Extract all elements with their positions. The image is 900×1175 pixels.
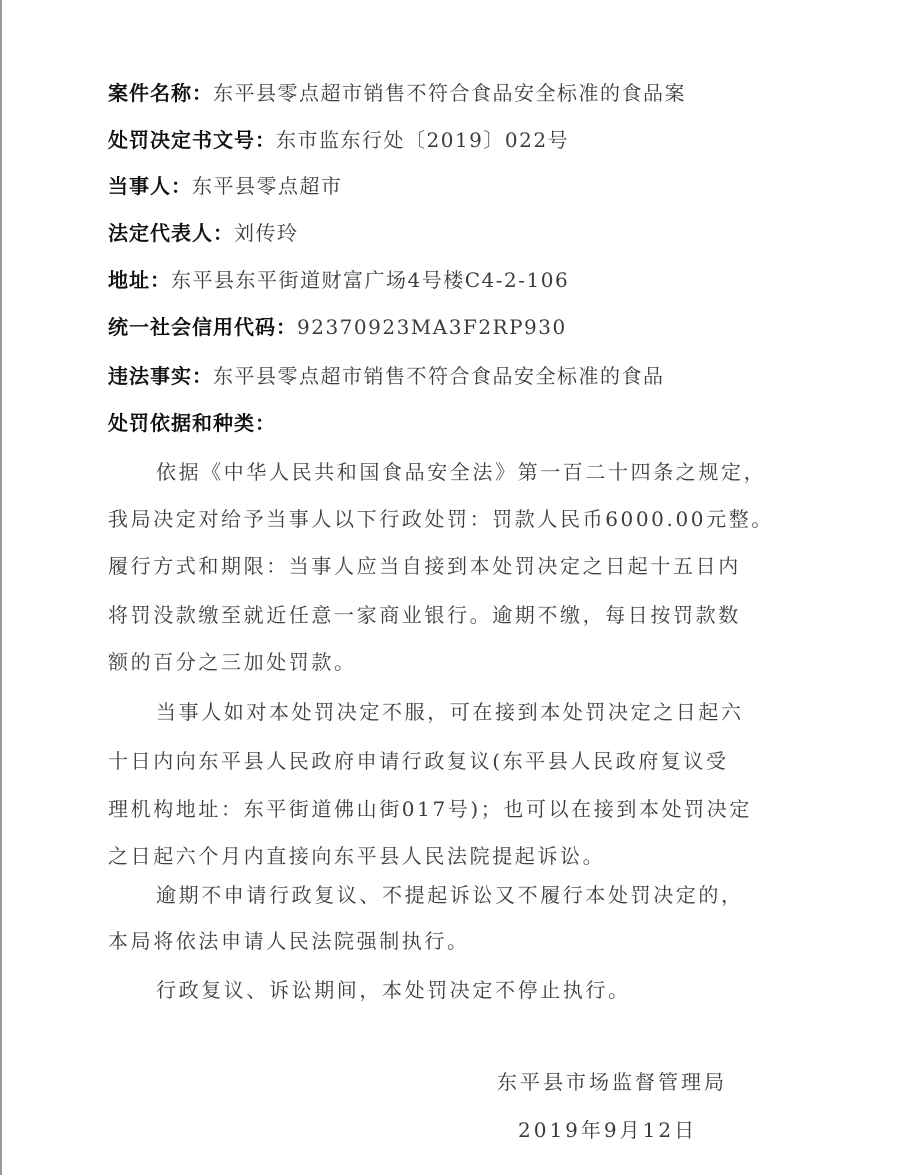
- paragraph-line: 额的百分之三加处罚款。: [108, 648, 357, 676]
- field-label: 地址：: [108, 268, 171, 292]
- field-value: 东平县零点超市销售不符合食品安全标准的食品案: [213, 81, 686, 105]
- field-party: 当事人：东平县零点超市: [108, 172, 343, 200]
- field-decision-number: 处罚决定书文号：东市监东行处〔2019〕022号: [108, 126, 569, 154]
- field-value: 东市监东行处〔2019〕022号: [276, 128, 569, 152]
- field-value: 东平县东平街道财富广场4号楼C4-2-106: [171, 268, 569, 292]
- paragraph-line: 理机构地址：东平街道佛山街017号)；也可以在接到本处罚决定: [108, 795, 752, 823]
- page-left-border: [0, 0, 2, 1175]
- field-penalty-basis: 处罚依据和种类：: [108, 409, 276, 437]
- field-label: 违法事实：: [108, 364, 213, 388]
- issue-date: 2019年9月12日: [518, 1116, 697, 1144]
- field-label: 处罚决定书文号：: [108, 128, 276, 152]
- paragraph-line: 将罚没款缴至就近任意一家商业银行。逾期不缴，每日按罚款数: [108, 601, 741, 629]
- field-label: 当事人：: [108, 174, 192, 198]
- field-value: 东平县零点超市销售不符合食品安全标准的食品: [213, 364, 665, 388]
- field-legal-representative: 法定代表人：刘传玲: [108, 219, 299, 247]
- field-label: 案件名称：: [108, 81, 213, 105]
- paragraph-line: 十日内向东平县人民政府申请行政复议(东平县人民政府复议受: [108, 747, 729, 775]
- field-violation-facts: 违法事实：东平县零点超市销售不符合食品安全标准的食品: [108, 362, 665, 390]
- field-label: 法定代表人：: [108, 221, 234, 245]
- paragraph-line: 逾期不申请行政复议、不提起诉讼又不履行本处罚决定的，: [156, 881, 744, 909]
- field-value: 92370923MA3F2RP930: [297, 315, 567, 339]
- paragraph-line: 之日起六个月内直接向东平县人民法院提起诉讼。: [108, 842, 605, 870]
- paragraph-line: 履行方式和期限：当事人应当自接到本处罚决定之日起十五日内: [108, 552, 741, 580]
- paragraph-line: 当事人如对本处罚决定不服，可在接到本处罚决定之日起六: [156, 698, 744, 726]
- field-credit-code: 统一社会信用代码：92370923MA3F2RP930: [108, 313, 567, 341]
- field-value: 东平县零点超市: [192, 174, 343, 198]
- paragraph-line: 行政复议、诉讼期间，本处罚决定不停止执行。: [156, 976, 631, 1004]
- paragraph-line: 依据《中华人民共和国食品安全法》第一百二十四条之规定，: [156, 458, 766, 486]
- field-address: 地址：东平县东平街道财富广场4号楼C4-2-106: [108, 266, 569, 294]
- field-value: 刘传玲: [234, 221, 299, 245]
- field-label: 处罚依据和种类：: [108, 411, 276, 435]
- field-label: 统一社会信用代码：: [108, 315, 297, 339]
- field-case-name: 案件名称：东平县零点超市销售不符合食品安全标准的食品案: [108, 79, 686, 107]
- issuing-authority: 东平县市场监督管理局: [497, 1068, 727, 1096]
- paragraph-line: 我局决定对给予当事人以下行政处罚：罚款人民币6000.00元整。: [108, 505, 774, 533]
- paragraph-line: 本局将依法申请人民法院强制执行。: [108, 927, 470, 955]
